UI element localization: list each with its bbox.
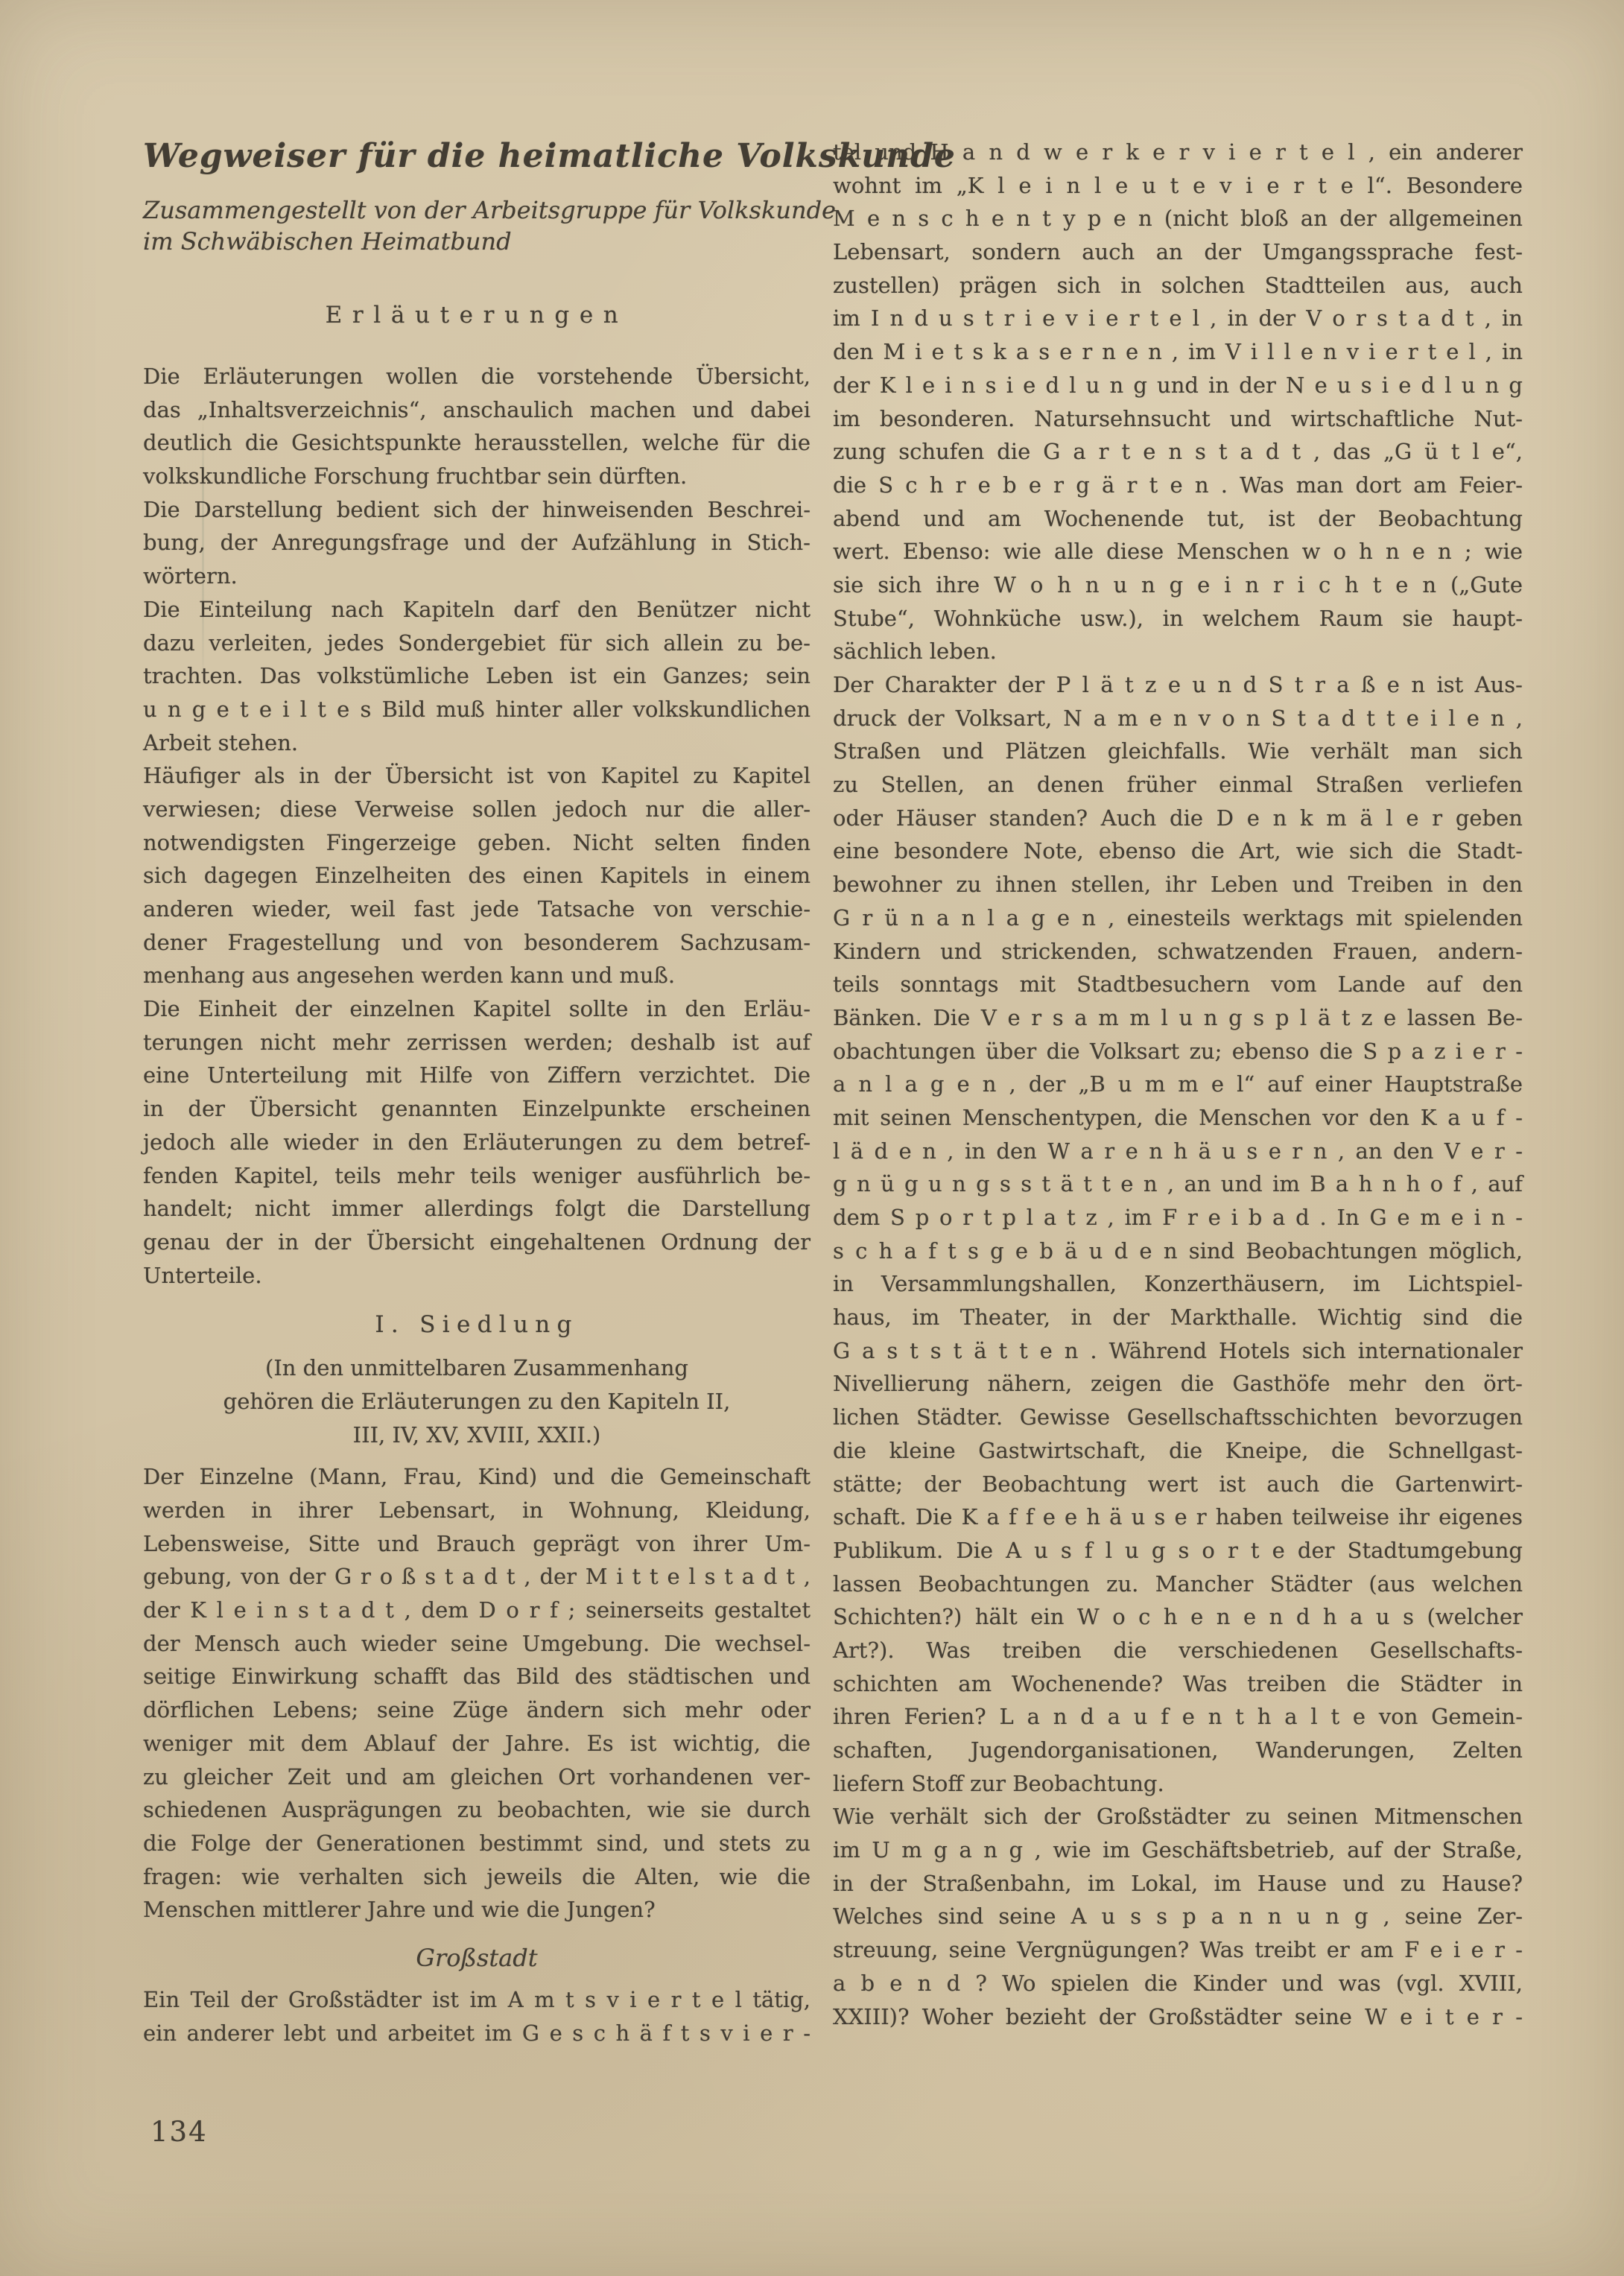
text-line: Menschen mittlerer Jahre und wie die Jun… bbox=[143, 1893, 811, 1927]
subtitle-line: Zusammengestellt von der Arbeitsgruppe f… bbox=[143, 194, 811, 226]
paragraph: Die Einteilung nach Kapiteln darf den Be… bbox=[143, 593, 811, 759]
text-line: die kleine Gastwirtschaft, die Kneipe, d… bbox=[833, 1434, 1523, 1468]
text-line: Arbeit stehen. bbox=[143, 726, 811, 760]
text-line: bewohner zu ihnen stellen, ihr Leben und… bbox=[833, 868, 1523, 901]
text-line: druck der Volksart, N a m e n v o n S t … bbox=[833, 702, 1523, 735]
text-line: wohnt im „K l e i n l e u t e v i e r t … bbox=[833, 169, 1523, 203]
text-line: stätte; der Beobachtung wert ist auch di… bbox=[833, 1468, 1523, 1501]
text-line: g n ü g u n g s s t ä t t e n , an und i… bbox=[833, 1167, 1523, 1201]
text-line: liefern Stoff zur Beobachtung. bbox=[833, 1767, 1523, 1801]
paragraph: Der Einzelne (Mann, Frau, Kind) und die … bbox=[143, 1460, 811, 1927]
text-line: weniger mit dem Ablauf der Jahre. Es ist… bbox=[143, 1727, 811, 1760]
text-line: zung schufen die G a r t e n s t a d t ,… bbox=[833, 435, 1523, 469]
text-line: dörflichen Lebens; seine Züge ändern sic… bbox=[143, 1693, 811, 1727]
text-line: Stube“, Wohnküche usw.), in welchem Raum… bbox=[833, 602, 1523, 635]
text-line: handelt; nicht immer allerdings folgt di… bbox=[143, 1192, 811, 1226]
text-line: jedoch alle wieder in den Erläuterungen … bbox=[143, 1126, 811, 1159]
text-line: dazu verleiten, jedes Sondergebiet für s… bbox=[143, 627, 811, 660]
text-line: III, IV, XV, XVIII, XXII.) bbox=[143, 1418, 811, 1452]
page-subtitle: Zusammengestellt von der Arbeitsgruppe f… bbox=[143, 194, 811, 257]
text-line: im besonderen. Natursehnsucht und wirtsc… bbox=[833, 402, 1523, 436]
text-line: a n l a g e n , der „B u m m e l“ auf ei… bbox=[833, 1068, 1523, 1101]
text-line: in Versammlungshallen, Konzerthäusern, i… bbox=[833, 1267, 1523, 1301]
text-line: Welches sind seine A u s s p a n n u n g… bbox=[833, 1900, 1523, 1933]
text-line: Die Darstellung bedient sich der hinweis… bbox=[143, 493, 811, 527]
paragraph: Häufiger als in der Übersicht ist von Ka… bbox=[143, 759, 811, 992]
left-column: Wegweiser für die heimatliche Volkskunde… bbox=[143, 136, 811, 2050]
text-line: Die Einteilung nach Kapiteln darf den Be… bbox=[143, 593, 811, 627]
scanned-book-page: Wegweiser für die heimatliche Volkskunde… bbox=[0, 0, 1624, 2276]
text-line: s c h a f t s g e b ä u d e n sind Beoba… bbox=[833, 1234, 1523, 1268]
text-line: lichen Städter. Gewisse Gesellschaftssch… bbox=[833, 1401, 1523, 1434]
text-line: verwiesen; diese Verweise sollen jedoch … bbox=[143, 793, 811, 826]
text-line: obachtungen über die Volksart zu; ebenso… bbox=[833, 1035, 1523, 1068]
right-column: tel und H a n d w e r k e r v i e r t e … bbox=[833, 136, 1523, 2033]
text-line: zu gleicher Zeit und am gleichen Ort vor… bbox=[143, 1760, 811, 1794]
text-line: Der Einzelne (Mann, Frau, Kind) und die … bbox=[143, 1460, 811, 1494]
text-line: schichten am Wochenende? Was treiben die… bbox=[833, 1667, 1523, 1701]
text-line: fragen: wie verhalten sich jeweils die A… bbox=[143, 1860, 811, 1894]
paragraph: Der Charakter der P l ä t z e u n d S t … bbox=[833, 668, 1523, 1800]
text-line: ihren Ferien? L a n d a u f e n t h a l … bbox=[833, 1700, 1523, 1734]
text-line: in der Straßenbahn, im Lokal, im Hause u… bbox=[833, 1867, 1523, 1901]
text-line: gebung, von der G r o ß s t a d t , der … bbox=[143, 1560, 811, 1594]
text-line: G r ü n a n l a g e n , einesteils werkt… bbox=[833, 901, 1523, 935]
text-line: dem S p o r t p l a t z , im F r e i b a… bbox=[833, 1201, 1523, 1234]
text-line: zu Stellen, an denen früher einmal Straß… bbox=[833, 768, 1523, 802]
text-line: Der Charakter der P l ä t z e u n d S t … bbox=[833, 668, 1523, 702]
paragraph: Die Darstellung bedient sich der hinweis… bbox=[143, 493, 811, 593]
chapter-cross-reference-note: (In den unmittelbaren Zusammenhanggehöre… bbox=[143, 1351, 811, 1451]
text-line: Bänken. Die V e r s a m m l u n g s p l … bbox=[833, 1001, 1523, 1035]
text-line: abend und am Wochenende tut, ist der Beo… bbox=[833, 502, 1523, 536]
text-line: terungen nicht mehr zerrissen werden; de… bbox=[143, 1026, 811, 1059]
paragraph: tel und H a n d w e r k e r v i e r t e … bbox=[833, 136, 1523, 668]
text-line: u n g e t e i l t e s Bild muß hinter al… bbox=[143, 693, 811, 726]
text-line: gehören die Erläuterungen zu den Kapitel… bbox=[143, 1385, 811, 1418]
text-line: M e n s c h e n t y p e n (nicht bloß an… bbox=[833, 202, 1523, 235]
text-line: haus, im Theater, in der Markthalle. Wic… bbox=[833, 1301, 1523, 1334]
text-line: fenden Kapitel, teils mehr teils weniger… bbox=[143, 1159, 811, 1193]
page-number: 134 bbox=[150, 2116, 208, 2148]
text-line: deutlich die Gesichtspunkte herausstelle… bbox=[143, 426, 811, 460]
paragraph: Wie verhält sich der Großstädter zu sein… bbox=[833, 1800, 1523, 2033]
paragraph: Die Erläuterungen wollen die vorstehende… bbox=[143, 360, 811, 493]
text-line: trachten. Das volkstümliche Leben ist ei… bbox=[143, 659, 811, 693]
text-line: XXIII)? Woher bezieht der Großstädter se… bbox=[833, 2000, 1523, 2034]
text-line: den M i e t s k a s e r n e n , im V i l… bbox=[833, 335, 1523, 369]
text-line: l ä d e n , in den W a r e n h ä u s e r… bbox=[833, 1135, 1523, 1168]
text-line: oder Häuser standen? Auch die D e n k m … bbox=[833, 802, 1523, 835]
text-line: Häufiger als in der Übersicht ist von Ka… bbox=[143, 759, 811, 793]
text-line: Straßen und Plätzen gleichfalls. Wie ver… bbox=[833, 735, 1523, 768]
text-line: anderen wieder, weil fast jede Tatsache … bbox=[143, 893, 811, 926]
text-line: Die Erläuterungen wollen die vorstehende… bbox=[143, 360, 811, 393]
text-line: sächlich leben. bbox=[833, 635, 1523, 668]
text-line: Lebensart, sondern auch an der Umgangssp… bbox=[833, 235, 1523, 269]
text-line: sich dagegen Einzelheiten des einen Kapi… bbox=[143, 859, 811, 893]
text-line: notwendigsten Fingerzeige geben. Nicht s… bbox=[143, 826, 811, 860]
text-line: genau der in der Übersicht eingehaltenen… bbox=[143, 1226, 811, 1259]
text-line: Schichten?) hält ein W o c h e n e n d h… bbox=[833, 1600, 1523, 1634]
text-line: Wie verhält sich der Großstädter zu sein… bbox=[833, 1800, 1523, 1833]
text-line: tel und H a n d w e r k e r v i e r t e … bbox=[833, 136, 1523, 169]
text-line: wörtern. bbox=[143, 560, 811, 593]
text-line: mit seinen Menschentypen, die Menschen v… bbox=[833, 1101, 1523, 1135]
text-line: teils sonntags mit Stadtbesuchern vom La… bbox=[833, 968, 1523, 1001]
subsection-heading: Großstadt bbox=[143, 1943, 811, 1973]
text-line: in der Übersicht genannten Einzelpunkte … bbox=[143, 1092, 811, 1126]
text-line: der K l e i n s t a d t , dem D o r f ; … bbox=[143, 1594, 811, 1627]
text-line: Unterteile. bbox=[143, 1259, 811, 1293]
text-line: Nivellierung nähern, zeigen die Gasthöfe… bbox=[833, 1367, 1523, 1401]
text-line: Art?). Was treiben die verschiedenen Ges… bbox=[833, 1634, 1523, 1667]
text-line: Die Einheit der einzelnen Kapitel sollte… bbox=[143, 992, 811, 1026]
section-heading: I. Siedlung bbox=[143, 1310, 811, 1340]
text-line: wert. Ebenso: wie alle diese Menschen w … bbox=[833, 535, 1523, 568]
text-line: werden in ihrer Lebensart, in Wohnung, K… bbox=[143, 1494, 811, 1527]
page-title: Wegweiser für die heimatliche Volkskunde bbox=[143, 136, 811, 177]
text-line: im I n d u s t r i e v i e r t e l , in … bbox=[833, 302, 1523, 335]
text-line: dener Fragestellung und von besonderem S… bbox=[143, 926, 811, 960]
paragraph: Ein Teil der Großstädter ist im A m t s … bbox=[143, 1983, 811, 2050]
text-line: schaften, Jugendorganisationen, Wanderun… bbox=[833, 1734, 1523, 1767]
text-line: ein anderer lebt und arbeitet im G e s c… bbox=[143, 2017, 811, 2050]
text-line: Publikum. Die A u s f l u g s o r t e de… bbox=[833, 1534, 1523, 1567]
text-line: menhang aus angesehen werden kann und mu… bbox=[143, 959, 811, 992]
text-line: Lebensweise, Sitte und Brauch geprägt vo… bbox=[143, 1527, 811, 1561]
text-line: lassen Beobachtungen zu. Mancher Städter… bbox=[833, 1567, 1523, 1601]
text-line: Kindern und strickenden, schwatzenden Fr… bbox=[833, 935, 1523, 969]
text-line: sie sich ihre W o h n u n g e i n r i c … bbox=[833, 568, 1523, 602]
subtitle-line: im Schwäbischen Heimatbund bbox=[143, 226, 811, 257]
text-line: a b e n d ? Wo spielen die Kinder und wa… bbox=[833, 1967, 1523, 2000]
text-line: der Mensch auch wieder seine Umgebung. D… bbox=[143, 1627, 811, 1661]
text-line: G a s t s t ä t t e n . Während Hotels s… bbox=[833, 1334, 1523, 1368]
text-line: der K l e i n s i e d l u n g und in der… bbox=[833, 369, 1523, 402]
text-line: im U m g a n g , wie im Geschäftsbetrieb… bbox=[833, 1833, 1523, 1867]
text-line: streuung, seine Vergnügungen? Was treibt… bbox=[833, 1933, 1523, 1967]
text-line: zustellen) prägen sich in solchen Stadtt… bbox=[833, 269, 1523, 302]
text-line: die S c h r e b e r g ä r t e n . Was ma… bbox=[833, 469, 1523, 502]
text-line: bung, der Anregungsfrage und der Aufzähl… bbox=[143, 526, 811, 560]
text-line: seitige Einwirkung schafft das Bild des … bbox=[143, 1660, 811, 1693]
paragraph: Die Einheit der einzelnen Kapitel sollte… bbox=[143, 992, 811, 1292]
text-line: schaft. Die K a f f e e h ä u s e r habe… bbox=[833, 1500, 1523, 1534]
text-line: (In den unmittelbaren Zusammenhang bbox=[143, 1351, 811, 1385]
text-line: Ein Teil der Großstädter ist im A m t s … bbox=[143, 1983, 811, 2017]
left-column-body: ErläuterungenDie Erläuterungen wollen di… bbox=[143, 302, 811, 2050]
text-line: schiedenen Ausprägungen zu beobachten, w… bbox=[143, 1793, 811, 1827]
text-line: eine besondere Note, ebenso die Art, wie… bbox=[833, 834, 1523, 868]
text-line: die Folge der Generationen bestimmt sind… bbox=[143, 1827, 811, 1860]
section-heading: Erläuterungen bbox=[143, 302, 811, 329]
text-line: das „Inhaltsverzeichnis“, anschaulich ma… bbox=[143, 393, 811, 427]
text-line: volkskundliche Forschung fruchtbar sein … bbox=[143, 460, 811, 493]
text-line: eine Unterteilung mit Hilfe von Ziffern … bbox=[143, 1059, 811, 1092]
